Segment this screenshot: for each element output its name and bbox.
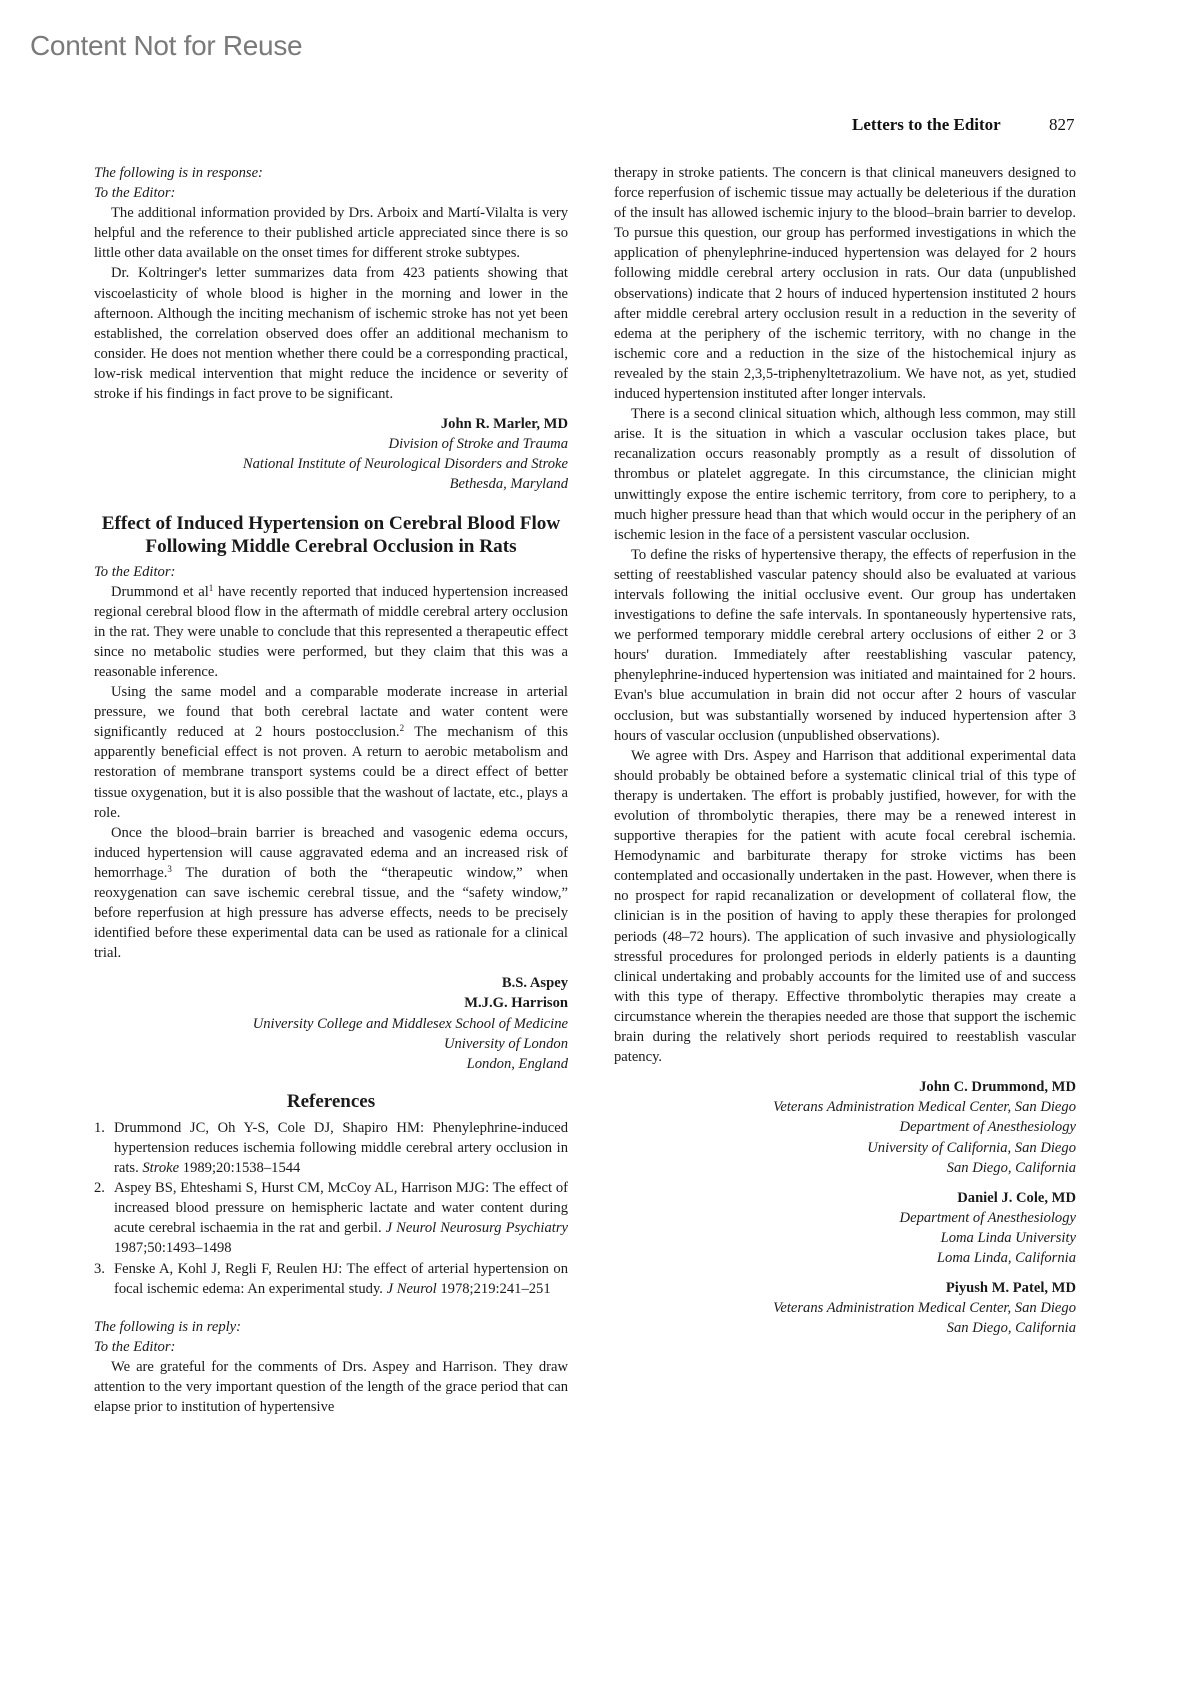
signature-block: B.S. Aspey M.J.G. Harrison University Co… (94, 973, 568, 1073)
author-name: Daniel J. Cole, MD (614, 1188, 1076, 1208)
journal-name: Stroke (142, 1160, 179, 1176)
affiliation: Loma Linda University (614, 1228, 1076, 1248)
affiliation: Department of Anesthesiology (614, 1117, 1076, 1137)
affiliation: National Institute of Neurological Disor… (94, 454, 568, 474)
references-list: 1.Drummond JC, Oh Y-S, Cole DJ, Shapiro … (94, 1118, 568, 1299)
article-title: Effect of Induced Hypertension on Cerebr… (94, 512, 568, 558)
affiliation: University of California, San Diego (614, 1138, 1076, 1158)
affiliation: London, England (94, 1054, 568, 1074)
reference-number: 1. (94, 1118, 105, 1138)
right-column: therapy in stroke patients. The concern … (614, 163, 1076, 1338)
paragraph: We are grateful for the comments of Drs.… (94, 1357, 568, 1417)
journal-name: J Neurol Neurosurg Psychiatry (386, 1220, 568, 1236)
references-heading: References (94, 1091, 568, 1113)
salutation: To the Editor: (94, 183, 568, 203)
paragraph: There is a second clinical situation whi… (614, 404, 1076, 545)
author-name: Piyush M. Patel, MD (614, 1278, 1076, 1298)
signature-block: Piyush M. Patel, MD Veterans Administrat… (614, 1278, 1076, 1338)
affiliation: San Diego, California (614, 1158, 1076, 1178)
reference-item: 3.Fenske A, Kohl J, Regli F, Reulen HJ: … (94, 1259, 568, 1299)
affiliation: University of London (94, 1034, 568, 1054)
signature-block: John R. Marler, MD Division of Stroke an… (94, 414, 568, 494)
affiliation: San Diego, California (614, 1318, 1076, 1338)
paragraph: Drummond et al1 have recently reported t… (94, 582, 568, 682)
reference-item: 1.Drummond JC, Oh Y-S, Cole DJ, Shapiro … (94, 1118, 568, 1178)
text: 1987;50:1493–1498 (114, 1240, 232, 1256)
paragraph: The additional information provided by D… (94, 203, 568, 263)
author-name: M.J.G. Harrison (94, 993, 568, 1013)
author-name: John R. Marler, MD (94, 414, 568, 434)
paragraph: therapy in stroke patients. The concern … (614, 163, 1076, 404)
response-intro: The following is in response: (94, 163, 568, 183)
affiliation: Veterans Administration Medical Center, … (614, 1298, 1076, 1318)
reply-intro: The following is in reply: (94, 1317, 568, 1337)
page-number: 827 (1049, 115, 1075, 135)
paragraph: Once the blood–brain barrier is breached… (94, 823, 568, 964)
affiliation: Department of Anesthesiology (614, 1208, 1076, 1228)
text: 1978;219:241–251 (437, 1281, 551, 1297)
salutation: To the Editor: (94, 562, 568, 582)
reference-item: 2.Aspey BS, Ehteshami S, Hurst CM, McCoy… (94, 1178, 568, 1258)
paragraph: To define the risks of hypertensive ther… (614, 545, 1076, 746)
watermark: Content Not for Reuse (30, 30, 302, 62)
author-name: B.S. Aspey (94, 973, 568, 993)
affiliation: Division of Stroke and Trauma (94, 434, 568, 454)
affiliation: Bethesda, Maryland (94, 474, 568, 494)
paragraph: Using the same model and a comparable mo… (94, 682, 568, 823)
text: Drummond et al (111, 584, 209, 600)
reference-number: 3. (94, 1259, 105, 1279)
signature-block: Daniel J. Cole, MD Department of Anesthe… (614, 1188, 1076, 1268)
affiliation: University College and Middlesex School … (94, 1014, 568, 1034)
left-column: The following is in response: To the Edi… (94, 163, 568, 1417)
affiliation: Veterans Administration Medical Center, … (614, 1097, 1076, 1117)
journal-name: J Neurol (387, 1281, 437, 1297)
signature-block: John C. Drummond, MD Veterans Administra… (614, 1077, 1076, 1177)
paragraph: Dr. Koltringer's letter summarizes data … (94, 263, 568, 404)
running-title: Letters to the Editor (852, 115, 1001, 135)
affiliation: Loma Linda, California (614, 1248, 1076, 1268)
salutation: To the Editor: (94, 1337, 568, 1357)
text: 1989;20:1538–1544 (179, 1160, 300, 1176)
author-name: John C. Drummond, MD (614, 1077, 1076, 1097)
paragraph: We agree with Drs. Aspey and Harrison th… (614, 746, 1076, 1068)
reference-number: 2. (94, 1178, 105, 1198)
